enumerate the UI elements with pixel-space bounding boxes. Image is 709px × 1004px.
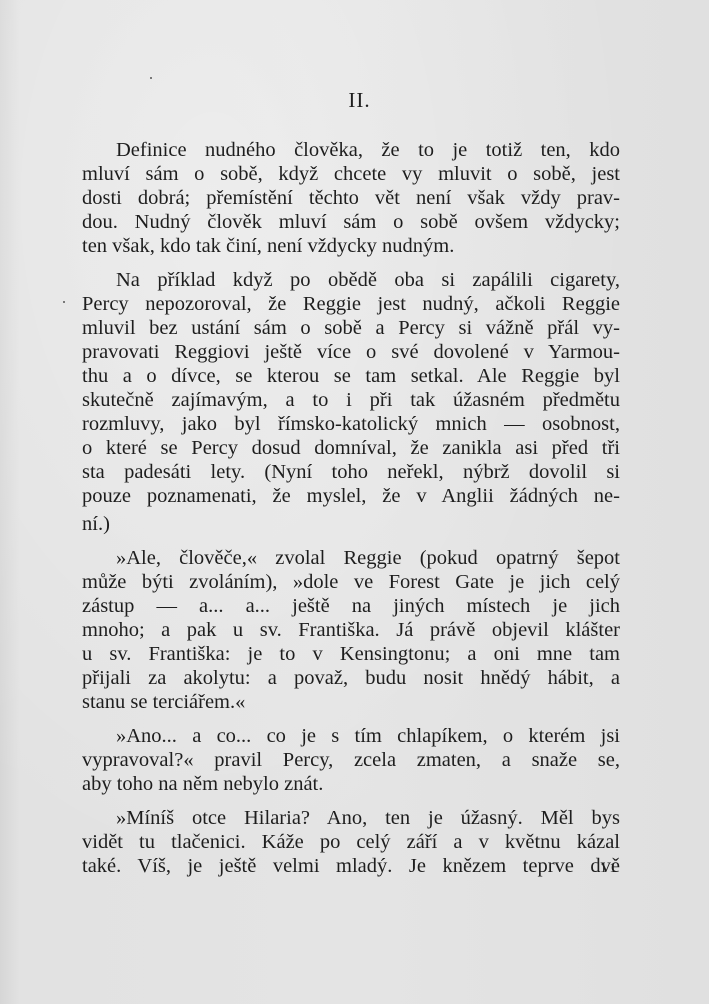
chapter-heading: II. bbox=[0, 88, 709, 113]
paragraph-3: »Ale, člověče,« zvolal Reggie (pokud opa… bbox=[82, 546, 620, 714]
text-line: vypravoval?« pravil Percy, zcela zmaten,… bbox=[82, 748, 620, 772]
text-line: sta padesáti lety. (Nyní toho neřekl, ný… bbox=[82, 460, 620, 484]
text-line: mluví sám o sobě, když chcete vy mluvit … bbox=[82, 162, 620, 186]
paragraph-2: Na příklad když po obědě oba si zapálili… bbox=[82, 268, 620, 536]
text-line: o které se Percy dosud domníval, že zani… bbox=[82, 436, 620, 460]
text-line: dosti dobrá; přemístění těchto vět není … bbox=[82, 186, 620, 210]
text-line: může býti zvoláním), »dole ve Forest Gat… bbox=[82, 570, 620, 594]
text-line: stanu se terciářem.« bbox=[82, 690, 620, 714]
text-line: dou. Nudný člověk mluví sám o sobě ovšem… bbox=[82, 210, 620, 234]
text-line: mluvil bez ustání sám o sobě a Percy si … bbox=[82, 316, 620, 340]
text-line: Percy nepozoroval, že Reggie jest nudný,… bbox=[82, 292, 620, 316]
text-line: u sv. Františka: je to v Kensingtonu; a … bbox=[82, 642, 620, 666]
text-line: rozmluvy, jako byl římsko-katolický mnic… bbox=[82, 412, 620, 436]
text-line: pouze poznamenati, že myslel, že v Angli… bbox=[82, 484, 620, 508]
paper-speck bbox=[63, 301, 65, 303]
text-line: vidět tu tlačenici. Káže po celý září a … bbox=[82, 830, 620, 854]
paragraph-4: »Ano... a co... co je s tím chlapíkem, o… bbox=[82, 724, 620, 796]
paper-speck bbox=[150, 77, 152, 79]
text-line: thu a o dívce, se kterou se tam setkal. … bbox=[82, 364, 620, 388]
text-line: skutečně zajímavým, a to i při tak úžasn… bbox=[82, 388, 620, 412]
text-line: »Ale, člověče,« zvolal Reggie (pokud opa… bbox=[82, 546, 620, 570]
text-line: Na příklad když po obědě oba si zapálili… bbox=[82, 268, 620, 292]
book-page: II. Definice nudného člověka, že to je t… bbox=[0, 0, 709, 1004]
paragraph-5: »Míníš otce Hilaria? Ano, ten je úžasný.… bbox=[82, 806, 620, 878]
body-text: Definice nudného člověka, že to je totiž… bbox=[82, 138, 620, 888]
text-line: také. Víš, je ještě velmi mladý. Je kněz… bbox=[82, 854, 620, 878]
page-number: 11 bbox=[600, 861, 619, 877]
text-line: ten však, kdo tak činí, není vždycky nud… bbox=[82, 234, 620, 258]
text-line: zástup — a... a... ještě na jiných míste… bbox=[82, 594, 620, 618]
text-line: aby toho na něm nebylo znát. bbox=[82, 772, 620, 796]
text-line: mnoho; a pak u sv. Františka. Já právě o… bbox=[82, 618, 620, 642]
text-line: ní.) bbox=[82, 512, 620, 536]
text-line: Definice nudného člověka, že to je totiž… bbox=[82, 138, 620, 162]
text-line: »Ano... a co... co je s tím chlapíkem, o… bbox=[82, 724, 620, 748]
text-line: »Míníš otce Hilaria? Ano, ten je úžasný.… bbox=[82, 806, 620, 830]
paragraph-1: Definice nudného člověka, že to je totiž… bbox=[82, 138, 620, 258]
text-line: pravovati Reggiovi ještě více o své dovo… bbox=[82, 340, 620, 364]
text-line: přijali za akolytu: a považ, budu nosit … bbox=[82, 666, 620, 690]
